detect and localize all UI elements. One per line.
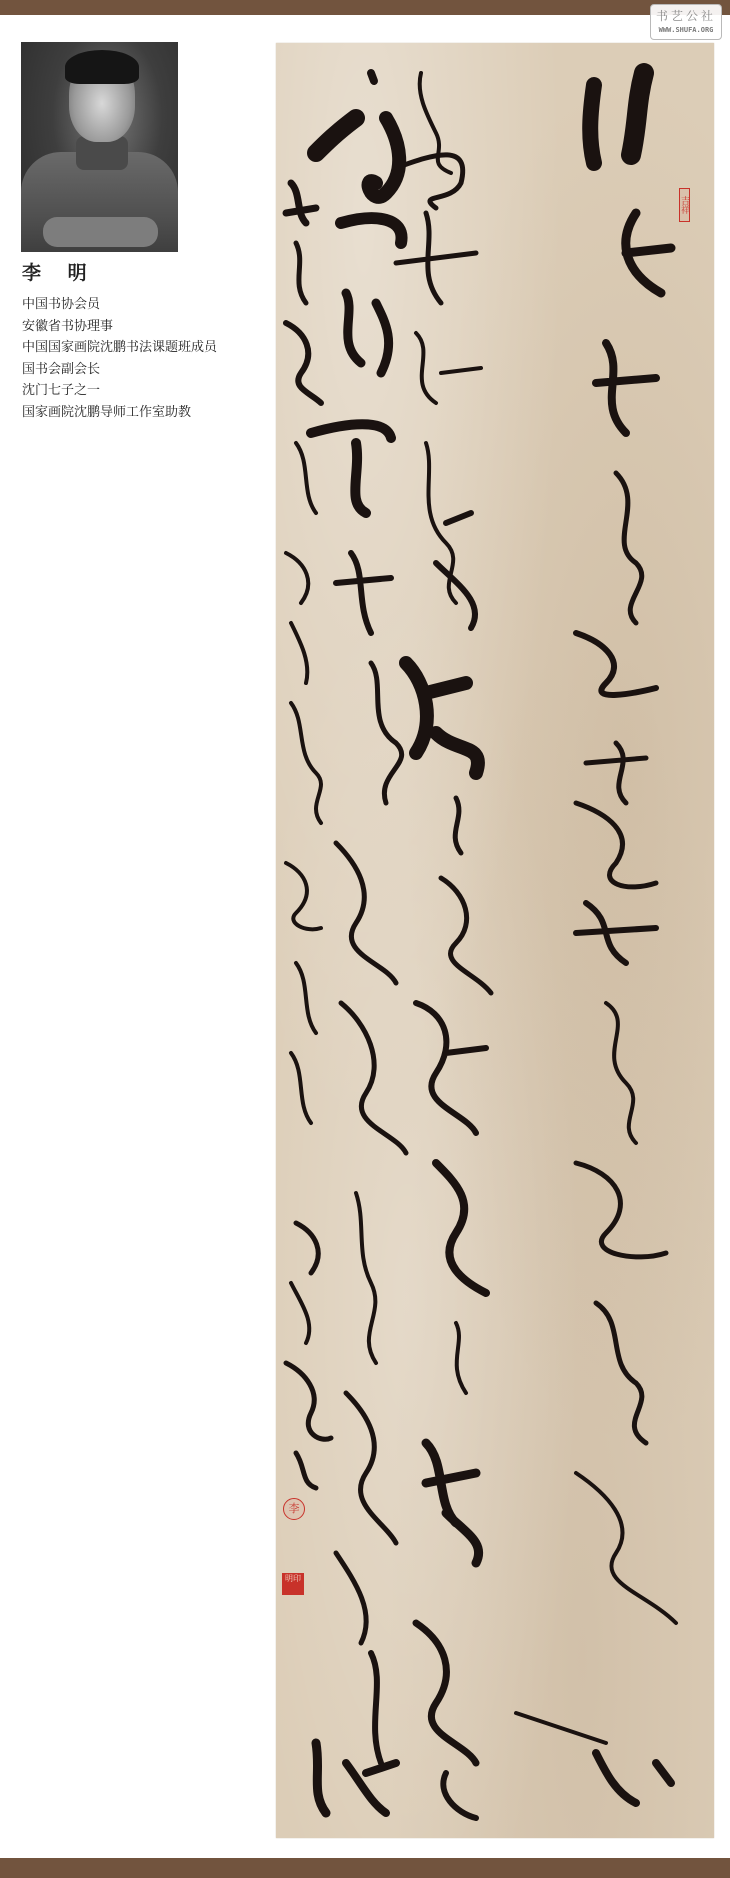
watermark-url: WWW.SHUFA.ORG	[651, 25, 721, 35]
seal-stamp-top-right: 吉祥	[679, 188, 690, 222]
portrait-crossed-arms	[43, 217, 158, 247]
seal-stamp-round: 李	[283, 1498, 305, 1520]
calligraphy-strokes	[276, 43, 714, 1838]
artist-credentials-list: 中国书协会员 安徽省书协理事 中国国家画院沈鹏书法课题班成员 国书会副会长 沈门…	[22, 294, 217, 423]
calligraphy-scroll: 吉祥 李 明印	[276, 43, 714, 1838]
site-watermark: 书艺公社 WWW.SHUFA.ORG	[650, 4, 722, 40]
seal-stamp-square: 明印	[282, 1573, 304, 1595]
artist-name: 李 明	[22, 258, 97, 285]
credential-item: 沈门七子之一	[22, 380, 217, 402]
credential-item: 中国书协会员	[22, 294, 217, 316]
bottom-banner-bar	[0, 1858, 730, 1878]
artist-portrait	[21, 42, 178, 252]
credential-item: 国书会副会长	[22, 359, 217, 381]
watermark-logo-text: 书艺公社	[651, 7, 721, 25]
credential-item: 国家画院沈鹏导师工作室助教	[22, 402, 217, 424]
credential-item: 中国国家画院沈鹏书法课题班成员	[22, 337, 217, 359]
portrait-hair	[65, 50, 139, 84]
top-banner-bar	[0, 0, 730, 15]
credential-item: 安徽省书协理事	[22, 316, 217, 338]
